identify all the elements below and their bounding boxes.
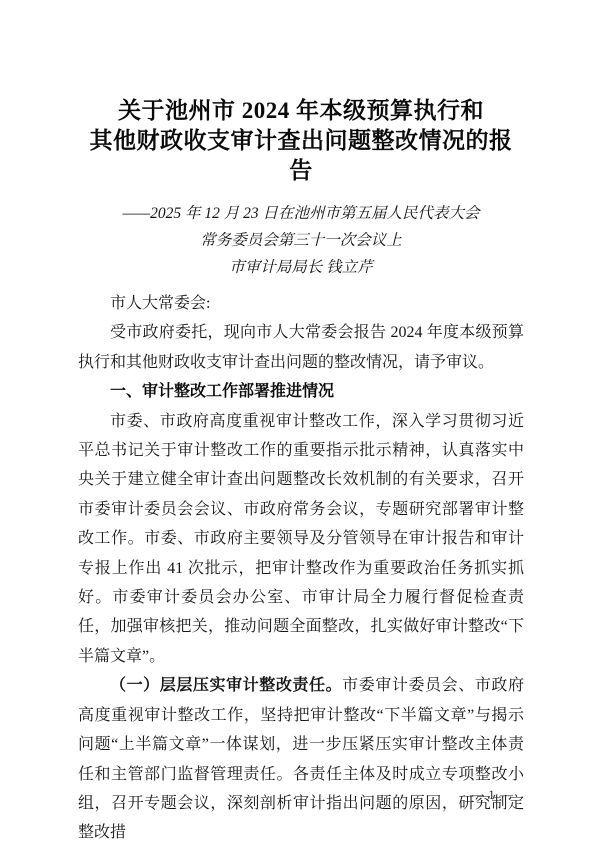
document-title: 关于池州市 2024 年本级预算执行和 其他财政收支审计查出问题整改情况的报告 — [78, 96, 524, 186]
document-title-line2: 其他财政收支审计查出问题整改情况的报告 — [78, 126, 524, 186]
document-body: 市人大常委会: 受市政府委托，现向市人大常委会报告 2024 年度本级预算执行和… — [78, 289, 524, 848]
subsection1-paragraph: （一）层层压实审计整改责任。市委审计委员会、市政府高度重视审计整改工作，坚持把审… — [78, 671, 524, 847]
document-title-line1: 关于池州市 2024 年本级预算执行和 — [78, 96, 524, 126]
page-number: — 1 — — [470, 787, 514, 803]
document-page: 关于池州市 2024 年本级预算执行和 其他财政收支审计查出问题整改情况的报告 … — [0, 0, 600, 849]
subsection1-lead: （一）层层压实审计整改责任。 — [110, 677, 342, 694]
intro-paragraph: 受市政府委托，现向市人大常委会报告 2024 年度本级预算执行和其他财政收支审计… — [78, 318, 524, 377]
salutation: 市人大常委会: — [78, 289, 524, 318]
document-content: 关于池州市 2024 年本级预算执行和 其他财政收支审计查出问题整改情况的报告 … — [78, 96, 524, 848]
subtitle-meeting-line2: 常务委员会第三十一次会议上 — [78, 227, 524, 254]
section1-heading: 一、审计整改工作部署推进情况 — [78, 377, 524, 406]
subtitle-meeting-line1: ——2025 年 12 月 23 日在池州市第五届人民代表大会 — [78, 200, 524, 227]
section1-paragraph: 市委、市政府高度重视审计整改工作，深入学习贯彻习近平总书记关于审计整改工作的重要… — [78, 407, 524, 672]
subsection1-rest: 市委审计委员会、市政府高度重视审计整改工作，坚持把审计整改“下半篇文章”与揭示问… — [78, 677, 524, 841]
document-subtitle: ——2025 年 12 月 23 日在池州市第五届人民代表大会 常务委员会第三十… — [78, 200, 524, 281]
speaker-line: 市审计局局长 钱立芹 — [78, 254, 524, 281]
